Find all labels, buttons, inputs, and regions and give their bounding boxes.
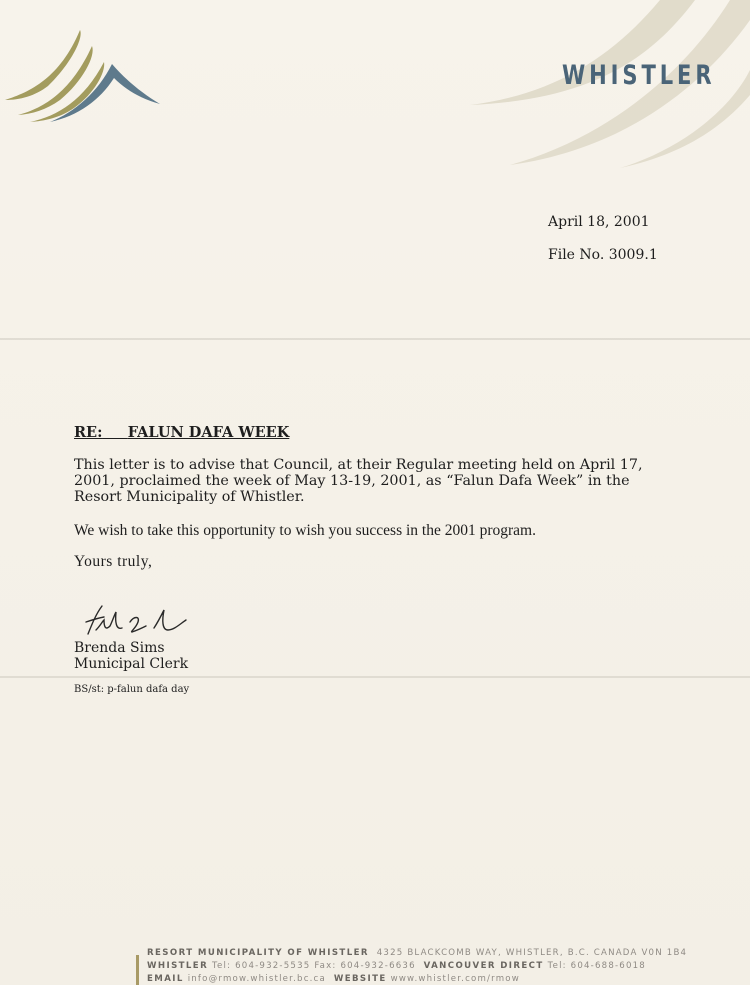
signer-block: Brenda Sims Municipal Clerk [74, 640, 188, 672]
paper-fold-line [0, 338, 750, 340]
footer-line-2: WHISTLER Tel: 604-932-5535 Fax: 604-932-… [147, 960, 687, 973]
signature-icon [82, 600, 192, 640]
whistler-logo-icon [0, 20, 170, 130]
footer-line-3: EMAIL info@rmow.whistler.bc.ca WEBSITE w… [147, 973, 687, 985]
letter-date: April 18, 2001 [548, 214, 650, 230]
file-number: File No. 3009.1 [548, 247, 658, 263]
footer-website: www.whistler.com/rmow [391, 974, 520, 984]
signer-name: Brenda Sims [74, 640, 188, 656]
footer-whistler-label: WHISTLER [147, 961, 208, 971]
body-paragraph-1: This letter is to advise that Council, a… [74, 457, 674, 505]
footer-address: 4325 BLACKCOMB WAY, WHISTLER, B.C. CANAD… [377, 948, 687, 958]
footer-email: info@rmow.whistler.bc.ca [188, 974, 326, 984]
letter-page: WHISTLER April 18, 2001 File No. 3009.1 … [0, 0, 750, 985]
footer-vancouver-phone: Tel: 604-688-6018 [548, 961, 646, 971]
subject-line: RE: FALUN DAFA WEEK [74, 424, 289, 441]
brand-wordmark: WHISTLER [562, 60, 715, 91]
footer-org-name: RESORT MUNICIPALITY OF WHISTLER [147, 948, 369, 958]
reference-initials: BS/st: p-falun dafa day [74, 684, 189, 695]
footer-email-label: EMAIL [147, 974, 184, 984]
footer-vancouver-label: VANCOUVER DIRECT [424, 961, 544, 971]
closing: Yours truly, [74, 553, 152, 571]
subject-label: RE: [74, 424, 102, 441]
letterhead-footer: RESORT MUNICIPALITY OF WHISTLER 4325 BLA… [147, 947, 687, 985]
signer-title: Municipal Clerk [74, 656, 188, 672]
body-paragraph-2: We wish to take this opportunity to wish… [74, 522, 536, 540]
footer-website-label: WEBSITE [334, 974, 387, 984]
footer-accent-bar [136, 955, 139, 985]
paper-fold-line [0, 676, 750, 678]
footer-line-1: RESORT MUNICIPALITY OF WHISTLER 4325 BLA… [147, 947, 687, 960]
footer-whistler-phones: Tel: 604-932-5535 Fax: 604-932-6636 [212, 961, 416, 971]
subject-title: FALUN DAFA WEEK [128, 424, 290, 441]
